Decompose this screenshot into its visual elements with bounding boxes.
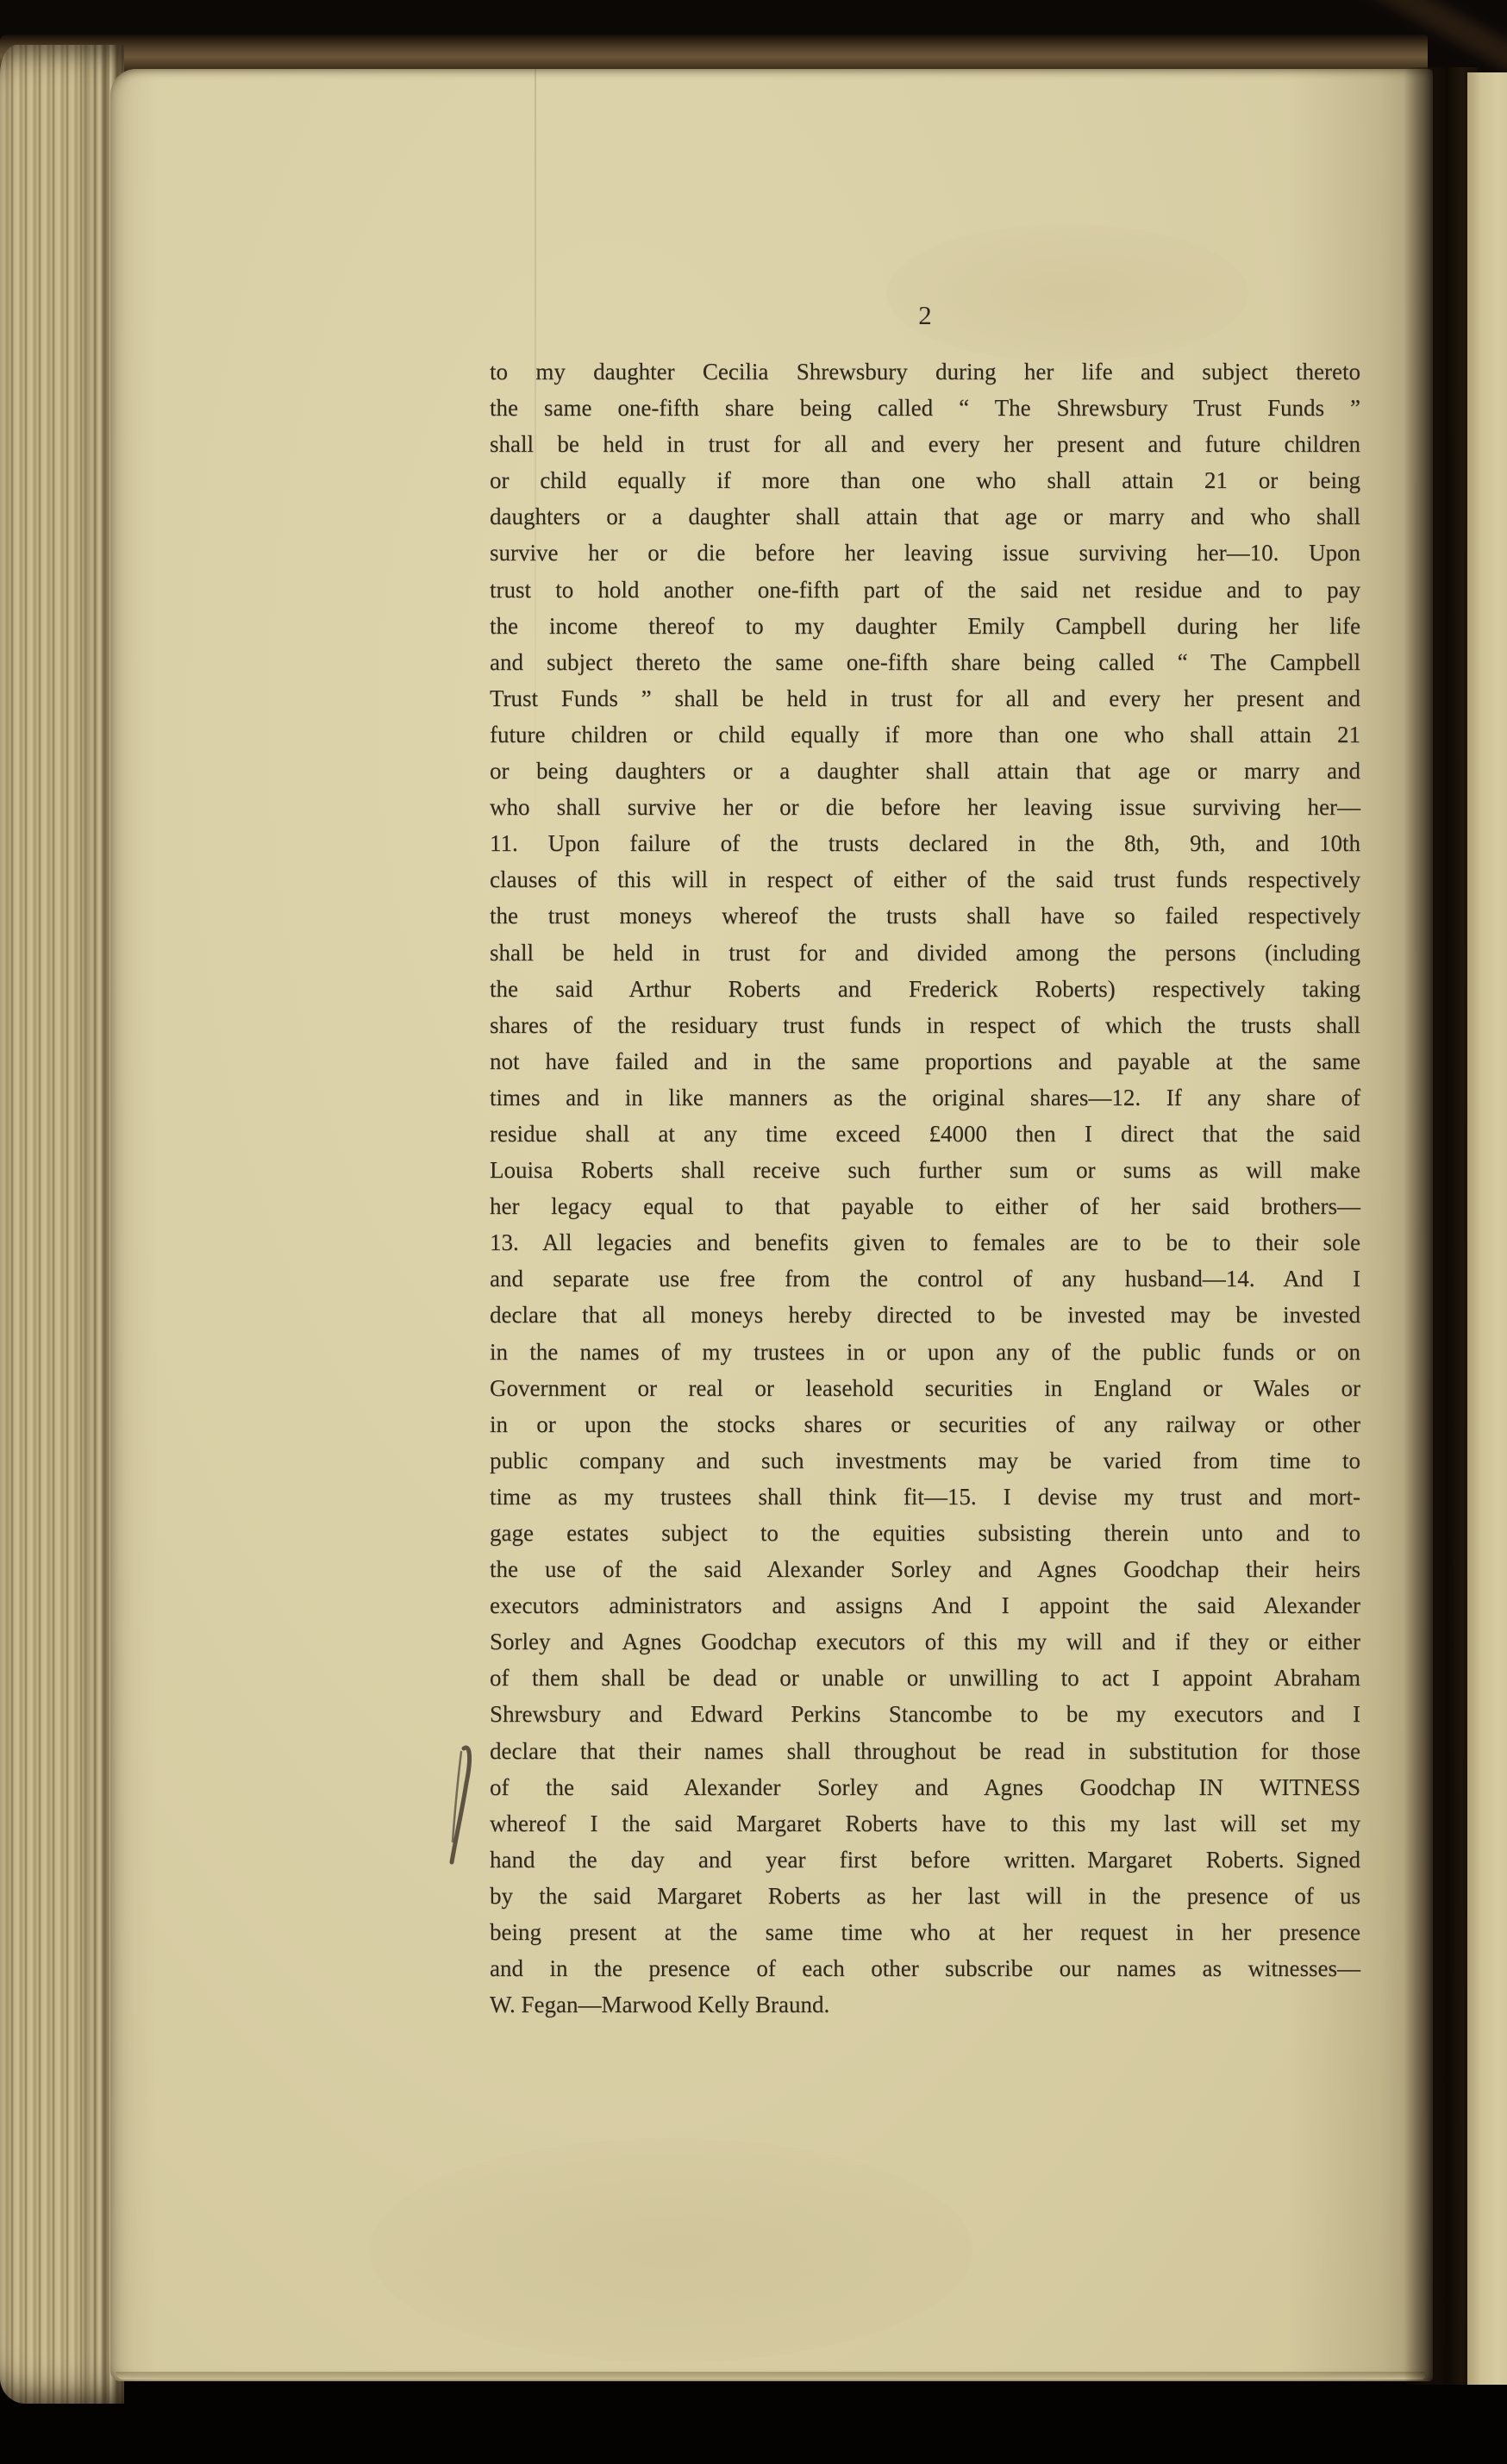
paper-stain	[369, 2138, 972, 2362]
text-line: and in the presence of each other subscr…	[490, 1950, 1360, 1986]
page-number: 2	[490, 300, 1360, 331]
text-line: 13. All legacies and benefits given to f…	[490, 1224, 1360, 1260]
text-line: by the said Margaret Roberts as her last…	[490, 1878, 1360, 1914]
text-line: her legacy equal to that payable to eith…	[490, 1188, 1360, 1224]
text-line: the same one-fifth share being called “ …	[490, 390, 1360, 426]
text-line: or being daughters or a daughter shall a…	[490, 753, 1360, 789]
text-line: in or upon the stocks shares or securiti…	[490, 1406, 1360, 1442]
text-line: shall be held in trust for all and every…	[490, 426, 1360, 462]
text-line: of them shall be dead or unable or unwil…	[490, 1660, 1360, 1696]
text-line: public company and such investments may …	[490, 1442, 1360, 1479]
text-line: of the said Alexander Sorley and Agnes G…	[490, 1769, 1360, 1805]
text-line: W. Fegan—Marwood Kelly Braund.	[490, 1986, 1360, 2023]
text-line: residue shall at any time exceed £4000 t…	[490, 1116, 1360, 1152]
text-line: or child equally if more than one who sh…	[490, 462, 1360, 498]
text-line: Shrewsbury and Edward Perkins Stancombe …	[490, 1696, 1360, 1732]
text-line: trust to hold another one-fifth part of …	[490, 572, 1360, 608]
text-line: and subject thereto the same one-fifth s…	[490, 644, 1360, 680]
text-line: Sorley and Agnes Goodchap executors of t…	[490, 1623, 1360, 1660]
text-line: in the names of my trustees in or upon a…	[490, 1334, 1360, 1370]
text-line: time as my trustees shall think fit—15. …	[490, 1479, 1360, 1515]
text-line: being present at the same time who at he…	[490, 1914, 1360, 1950]
text-line: the trust moneys whereof the trusts shal…	[490, 897, 1360, 934]
text-line: the use of the said Alexander Sorley and…	[490, 1551, 1360, 1587]
text-line: gage estates subject to the equities sub…	[490, 1515, 1360, 1551]
text-line: survive her or die before her leaving is…	[490, 535, 1360, 571]
text-line: Trust Funds ” shall be held in trust for…	[490, 680, 1360, 716]
book-scan: 2 to my daughter Cecilia Shrewsbury duri…	[0, 0, 1507, 2464]
text-line: and separate use free from the control o…	[490, 1260, 1360, 1297]
margin-pen-mark-icon	[435, 1743, 478, 1871]
text-line: times and in like manners as the origina…	[490, 1079, 1360, 1116]
text-line: declare that their names shall throughou…	[490, 1733, 1360, 1769]
text-line: whereof I the said Margaret Roberts have…	[490, 1805, 1360, 1842]
text-line: clauses of this will in respect of eithe…	[490, 861, 1360, 897]
facing-page-edge	[1467, 72, 1507, 2385]
text-line: not have failed and in the same proporti…	[490, 1043, 1360, 1079]
text-line: to my daughter Cecilia Shrewsbury during…	[490, 353, 1360, 390]
text-line: future children or child equally if more…	[490, 716, 1360, 753]
text-line: Louisa Roberts shall receive such furthe…	[490, 1152, 1360, 1188]
text-line: declare that all moneys hereby directed …	[490, 1297, 1360, 1333]
will-text-block: to my daughter Cecilia Shrewsbury during…	[490, 353, 1360, 2023]
text-line: the income thereof to my daughter Emily …	[490, 608, 1360, 644]
text-line: Government or real or leasehold securiti…	[490, 1370, 1360, 1406]
text-line: shall be held in trust for and divided a…	[490, 935, 1360, 971]
text-line: 11. Upon failure of the trusts declared …	[490, 825, 1360, 861]
text-line: who shall survive her or die before her …	[490, 789, 1360, 825]
text-line: hand the day and year first before writt…	[490, 1842, 1360, 1878]
text-line: daughters or a daughter shall attain tha…	[490, 498, 1360, 535]
text-line: the said Arthur Roberts and Frederick Ro…	[490, 971, 1360, 1007]
paper-stain	[886, 224, 1248, 362]
text-line: shares of the residuary trust funds in r…	[490, 1007, 1360, 1043]
page-edge-stack	[0, 45, 124, 2404]
text-line: executors administrators and assigns And…	[490, 1587, 1360, 1623]
